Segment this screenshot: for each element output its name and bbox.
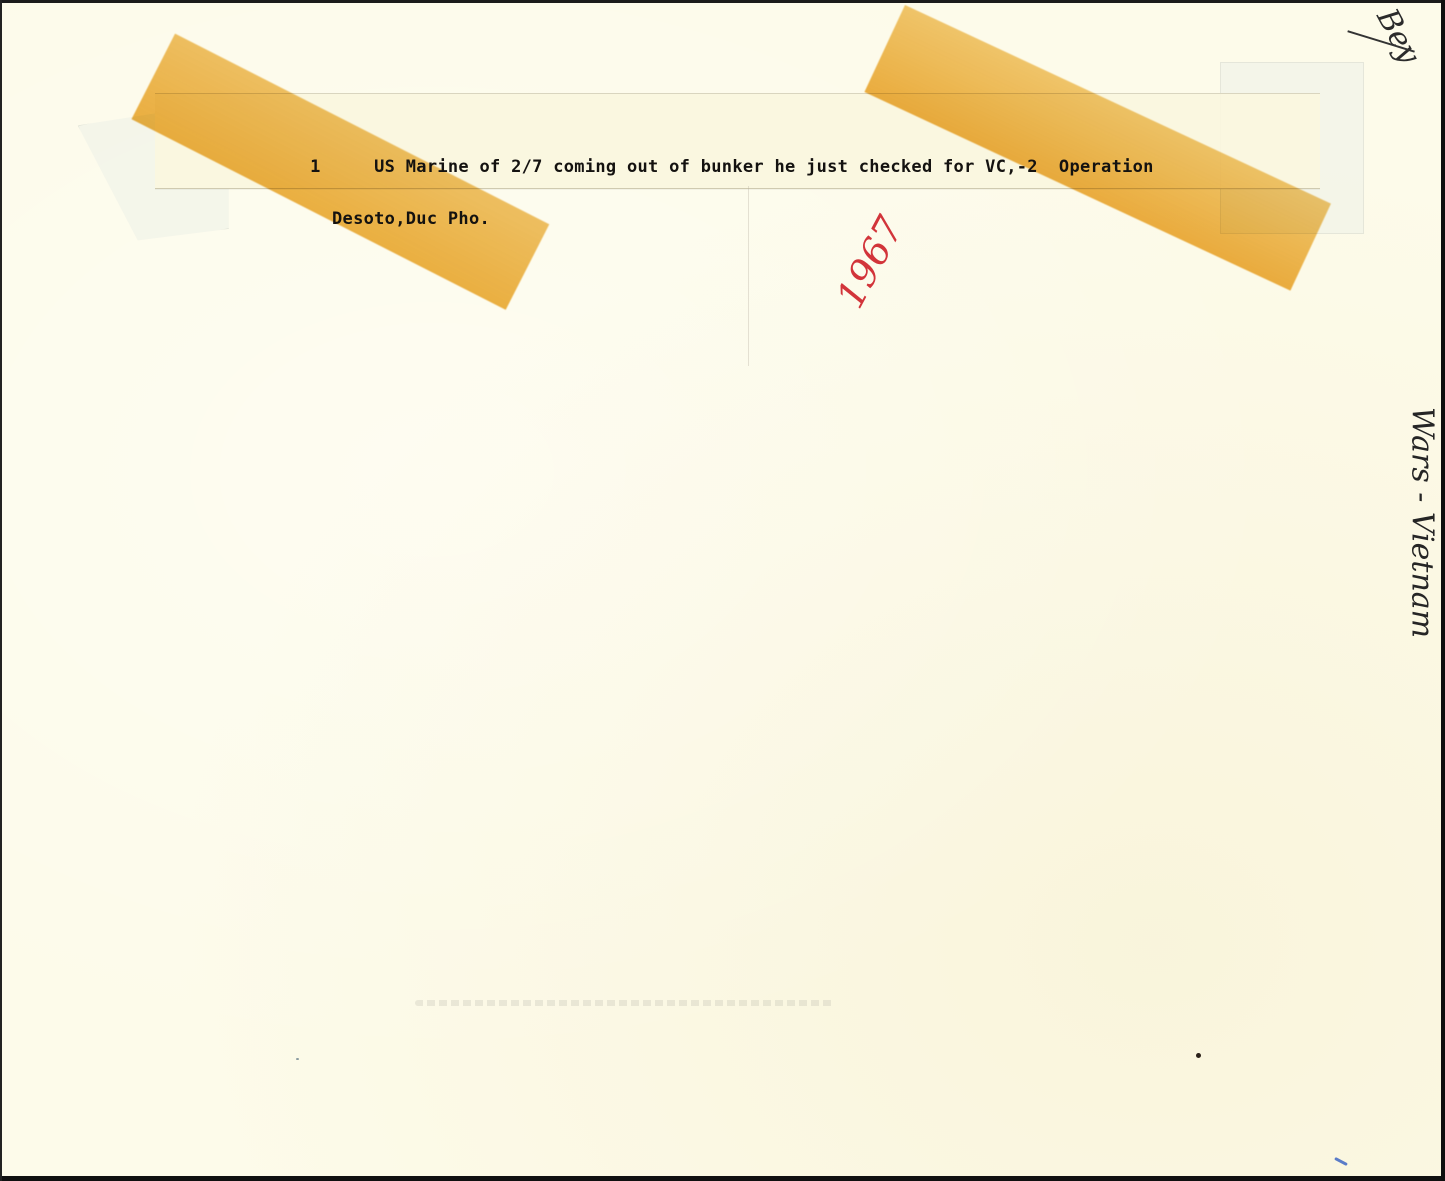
handwritten-corner-mark: Bey: [1369, 3, 1427, 70]
scan-edge-left: [0, 0, 2, 1181]
scan-edge-right: [1441, 0, 1445, 1181]
caption-line-1: US Marine of 2/7 coming out of bunker he…: [374, 157, 1154, 177]
caption-number: 1: [310, 154, 374, 180]
scan-edge-top: [0, 0, 1445, 3]
dust-speck: [296, 1058, 299, 1060]
typed-caption: 1US Marine of 2/7 coming out of bunker h…: [268, 128, 1154, 284]
handwritten-subject-note: Wars - Vietnam: [1405, 373, 1440, 673]
ink-speck: [1196, 1053, 1201, 1058]
photo-back-scan: 1US Marine of 2/7 coming out of bunker h…: [0, 0, 1445, 1181]
faint-bleed-through-text: [415, 1000, 835, 1006]
scan-edge-bottom: [0, 1176, 1445, 1181]
blue-pen-mark: [1334, 1157, 1348, 1166]
caption-line-2: Desoto,Duc Pho.: [268, 206, 1154, 232]
